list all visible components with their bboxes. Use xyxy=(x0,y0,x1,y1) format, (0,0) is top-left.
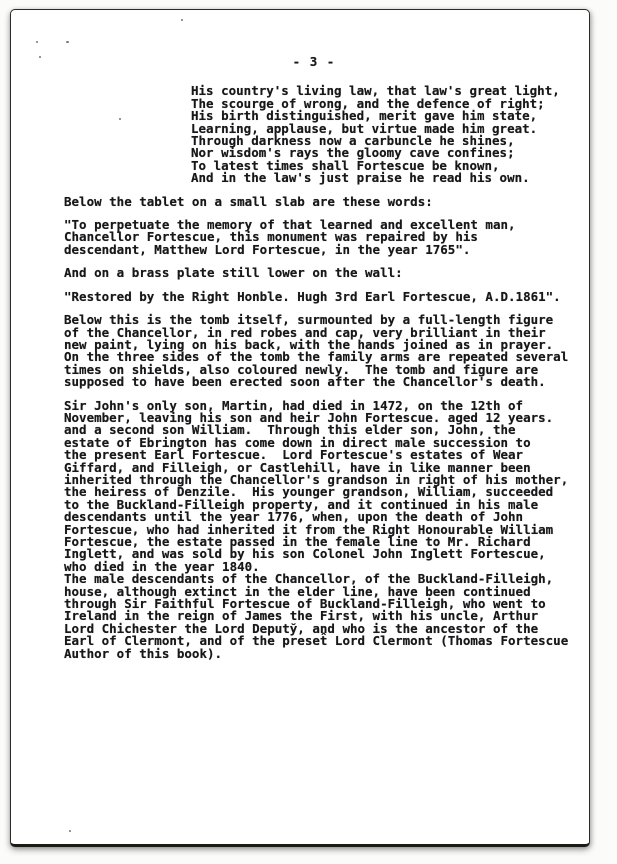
text-line: supposed to have been erected soon after… xyxy=(64,376,564,388)
paragraph: Below this is the tomb itself, surmounte… xyxy=(64,314,564,388)
paragraph: Sir John's only son, Martin, had died in… xyxy=(64,400,564,661)
text-line: And in the law's just praise he read his… xyxy=(191,172,564,184)
poem-block: His country's living law, that law's gre… xyxy=(191,85,564,184)
text-line: descendant, Matthew Lord Fortescue, in t… xyxy=(64,244,564,256)
text-line: "Restored by the Right Honble. Hugh 3rd … xyxy=(64,291,564,303)
scan-speck xyxy=(69,830,71,832)
text-line: Below the tablet on a small slab are the… xyxy=(64,196,564,208)
body-text: Below the tablet on a small slab are the… xyxy=(64,196,564,660)
text-line: And on a brass plate still lower on the … xyxy=(64,267,564,279)
paragraph: "Restored by the Right Honble. Hugh 3rd … xyxy=(64,291,564,303)
scan-speck xyxy=(36,41,38,43)
paragraph: "To perpetuate the memory of that learne… xyxy=(64,219,564,256)
text-line: Author of this book). xyxy=(64,648,564,660)
paragraph: And on a brass plate still lower on the … xyxy=(64,267,564,279)
document-page: - 3 - His country's living law, that law… xyxy=(10,9,590,847)
scan-speck xyxy=(181,19,183,21)
scan-speck xyxy=(39,56,41,58)
paragraph: Below the tablet on a small slab are the… xyxy=(64,196,564,208)
scan-background: - 3 - His country's living law, that law… xyxy=(0,0,617,864)
page-content: - 3 - His country's living law, that law… xyxy=(64,56,564,660)
scan-speck xyxy=(66,41,69,43)
page-number: - 3 - xyxy=(64,56,564,68)
